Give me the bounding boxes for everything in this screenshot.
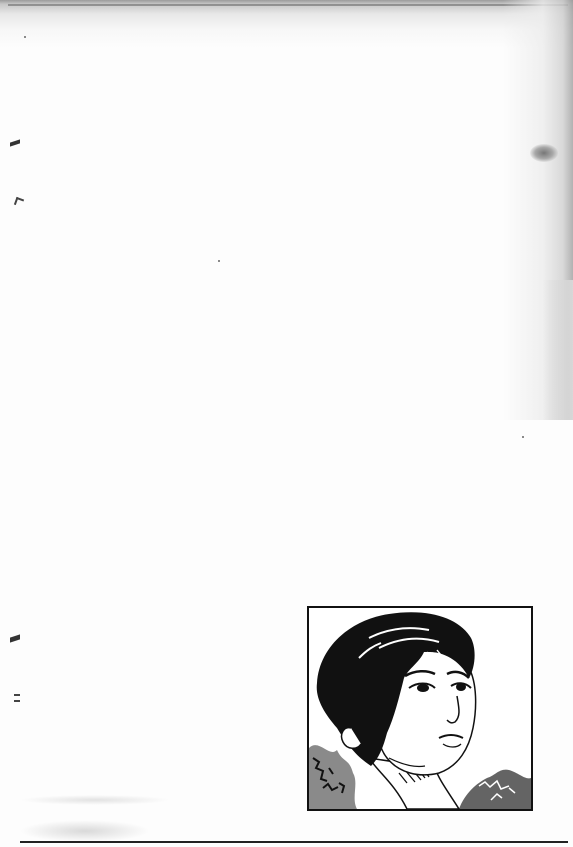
scan-smudge-bottom (20, 795, 170, 805)
comic-page (0, 0, 573, 847)
scan-edge-line (8, 4, 568, 6)
scan-shadow-right-lower (543, 280, 573, 420)
speck (24, 36, 26, 38)
registration-mark-icon (10, 139, 20, 146)
registration-mark-icon (14, 694, 20, 702)
speck (522, 436, 524, 438)
speck (218, 260, 220, 262)
scan-smudge-bottom (20, 820, 150, 842)
scan-shadow-top (0, 0, 573, 48)
comic-panel-portrait (307, 606, 533, 811)
ink-smudge (530, 144, 558, 162)
registration-mark-icon (14, 197, 24, 207)
registration-mark-icon (10, 634, 20, 642)
portrait-illustration (309, 608, 531, 809)
page-bottom-rule (20, 841, 568, 843)
